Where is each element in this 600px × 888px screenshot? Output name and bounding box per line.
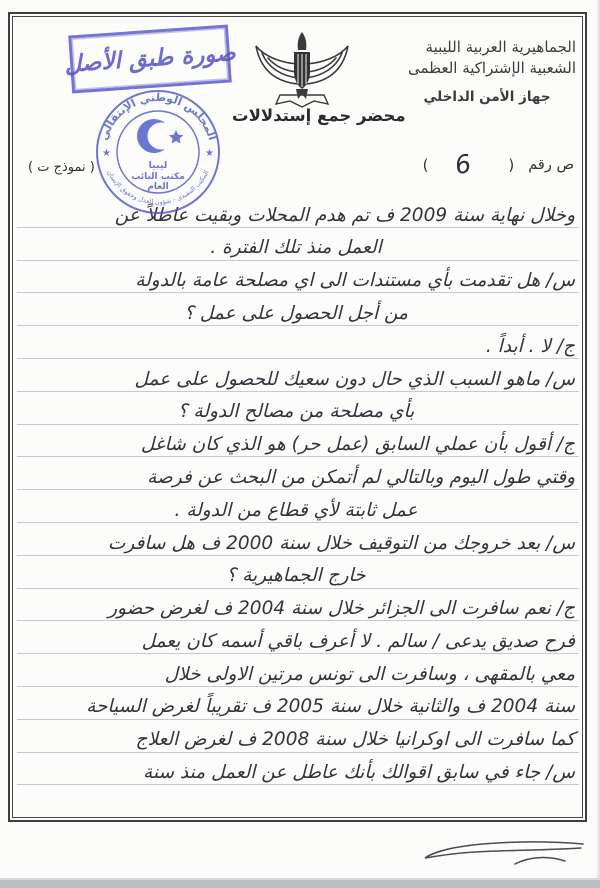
handwriting-line: سنة 2004 ف والثانية خلال سنة 2005 ف تقري… — [17, 687, 579, 720]
round-stamp-star-left: ★ — [102, 148, 111, 159]
eagle-emblem-icon — [250, 28, 354, 110]
handwriting-line: ج/ أقول بأن عملي السابق (عمل حر) هو الذي… — [17, 425, 579, 458]
handwriting-line: س/ جاء في سابق اقوالك بأنك عاطل عن العمل… — [17, 753, 579, 786]
handwriting-line: فرح صديق يدعى / سالم . لا أعرف باقي أسمه… — [17, 621, 579, 654]
ntc-round-stamp: المجلس الوطني الإنتقالي المكتب التنفيذي … — [80, 88, 236, 218]
scanned-document-page: الجماهيرية العربية الليبية الشعبية الإشت… — [0, 0, 600, 888]
handwriting-line: خارج الجماهيرية ؟ — [17, 556, 579, 589]
page-number-value: 6 — [452, 149, 473, 180]
page-number-row: ص رقم ( 6 ) — [423, 150, 574, 179]
handwriting-line: ج/ نعم سافرت الى الجزائر خلال سنة 2004 ف… — [17, 589, 579, 622]
crescent-star-icon — [137, 119, 183, 153]
handwriting-line: من أجل الحصول على عمل ؟ — [17, 293, 579, 326]
handwritten-body: وخلال نهاية سنة 2009 ف تم هدم المحلات وب… — [17, 195, 579, 785]
handwriting-line: وقتي طول اليوم وبالتالي لم أتمكن من البح… — [17, 457, 579, 490]
handwriting-line: بأي مصلحة من مصالح الدولة ؟ — [17, 392, 579, 425]
page-number-paren-open: ( — [423, 156, 429, 174]
scan-bottom-strip — [0, 878, 600, 888]
agency-name: جهاز الأمن الداخلي — [408, 89, 576, 105]
handwriting-line: س/ بعد خروجك من التوقيف خلال سنة 2000 ف … — [17, 523, 579, 556]
letterhead-line2: الشعبية الإشتراكية العظمى — [408, 59, 576, 77]
round-stamp-star-right: ★ — [205, 148, 214, 159]
handwriting-line: س/ هل تقدمت بأي مستندات الى اي مصلحة عام… — [17, 261, 579, 294]
handwriting-line: كما سافرت الى اوكرانيا خلال سنة 2008 ف ل… — [17, 720, 579, 753]
handwriting-line: معي بالمقهى ، وسافرت الى تونس مرتين الاو… — [17, 654, 579, 687]
letterhead-line1: الجماهيرية العربية الليبية — [408, 38, 576, 56]
document-title: محضر جمع إستدلالات — [232, 106, 378, 125]
page-number-label: ص رقم — [528, 157, 574, 173]
handwriting-line: ج/ لا . أبداً . — [17, 326, 579, 359]
page-number-paren-close: ) — [508, 156, 514, 174]
round-stamp-office-line1: مكتب النائب — [131, 172, 185, 182]
handwriting-line: عمل ثابتة لأي قطاع من الدولة . — [17, 490, 579, 523]
handwriting-line: س/ ماهو السبب الذي حال دون سعيك للحصول ع… — [17, 359, 579, 392]
true-copy-stamp-text: صورة طبق الأصل — [64, 40, 237, 78]
scan-edge-shadow — [596, 0, 600, 878]
letterhead: الجماهيرية العربية الليبية الشعبية الإشت… — [408, 38, 576, 105]
round-stamp-country: ليبيا — [149, 160, 168, 171]
round-stamp-office-line2: العام — [147, 182, 169, 192]
handwriting-line: العمل منذ تلك الفترة . — [17, 228, 579, 261]
true-copy-stamp: صورة طبق الأصل — [68, 24, 232, 93]
signature-scribble — [415, 826, 590, 874]
